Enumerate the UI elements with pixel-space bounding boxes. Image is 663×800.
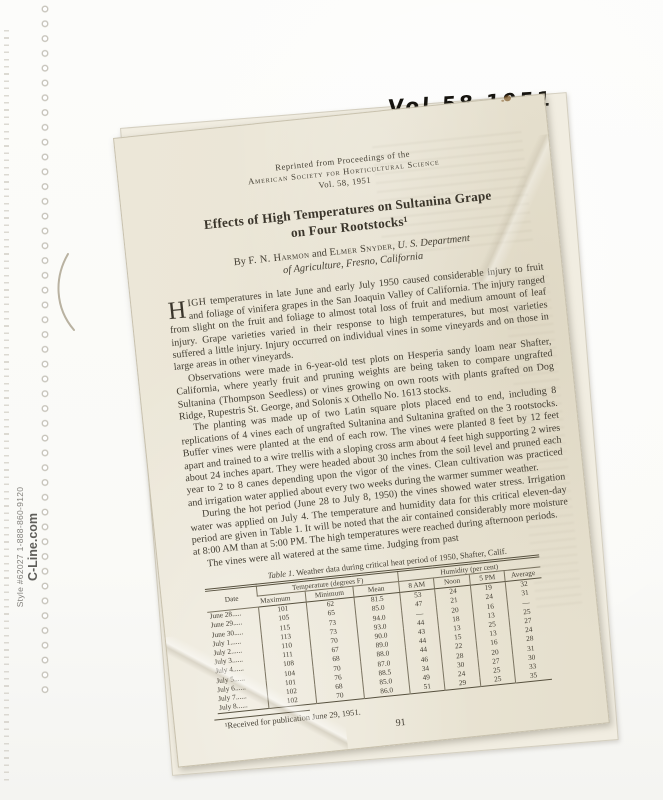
article-body: HIGH temperatures in late June and early… (167, 262, 571, 572)
intro-lead: IGH (187, 297, 207, 310)
protector-style-number: Style #62027 1-888-860-9120 (16, 487, 26, 608)
sheet-protector-bottom-edge (0, 793, 663, 800)
table-caption-label: Table 1. (267, 569, 294, 581)
scanned-document-photo: Style #62027 1-888-860-9120 C-Line.com V… (0, 0, 663, 800)
drop-cap: H (167, 299, 189, 323)
paper-page: Reprinted from Proceedings of the Americ… (113, 93, 610, 767)
sheet-protector-seam (4, 30, 9, 785)
table-cell: 51 (409, 681, 445, 694)
table-cell: 25 (480, 673, 516, 686)
stray-curl-mark (46, 250, 86, 345)
byline-prefix: By (233, 256, 249, 268)
sheet-protector-label: Style #62027 1-888-860-9120 C-Line.com (9, 467, 47, 627)
protector-brand: C-Line.com (26, 513, 40, 581)
byline-conjunction: and (309, 248, 330, 261)
stain-mark (504, 95, 512, 102)
